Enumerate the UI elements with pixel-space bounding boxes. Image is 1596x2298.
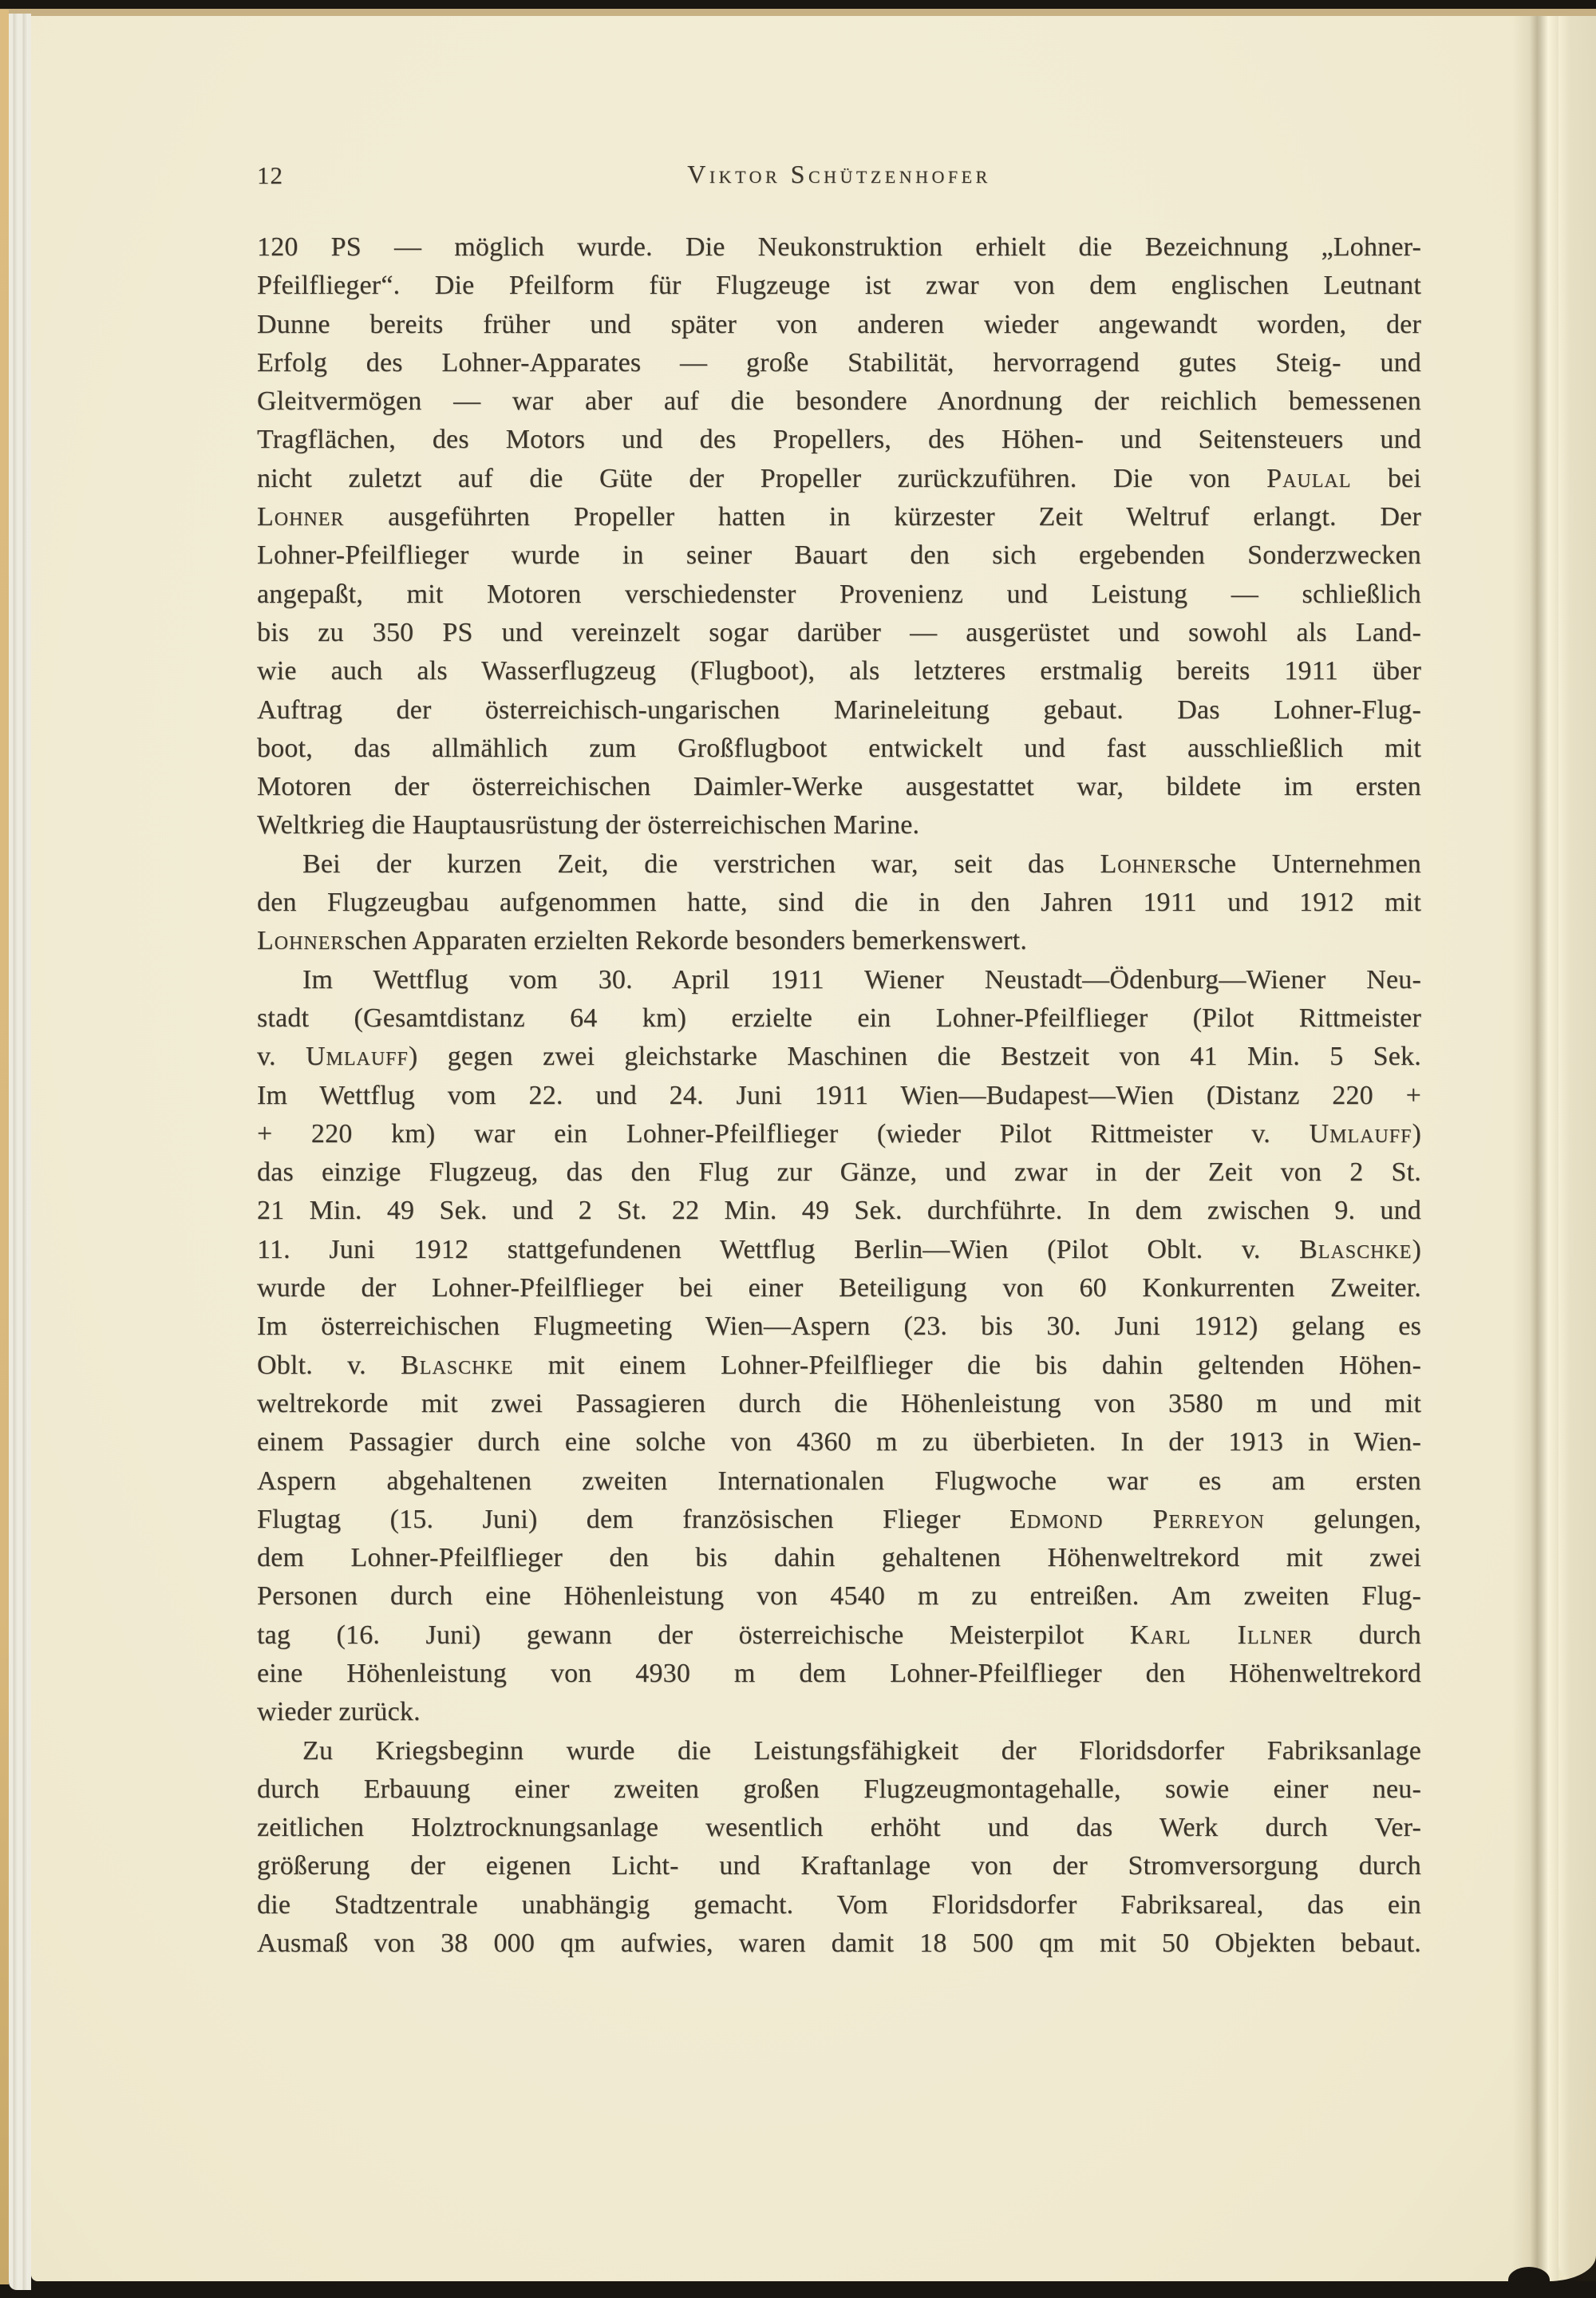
page-gutter-shadow — [1512, 16, 1558, 2281]
text-line: größerung der eigenen Licht- und Kraftan… — [257, 1847, 1421, 1885]
text-segment: die Stadtzentrale unabhängig gemacht. Vo… — [257, 1890, 1421, 1920]
text-segment: größerung der eigenen Licht- und Kraftan… — [257, 1851, 1421, 1881]
text-line: Personen durch eine Höhenleistung von 45… — [257, 1577, 1421, 1616]
stacked-page-edges — [9, 14, 31, 2290]
text-segment: bis zu 350 PS und vereinzelt sogar darüb… — [257, 618, 1421, 647]
text-line: Pfeilflieger“. Die Pfeilform für Flugzeu… — [257, 267, 1421, 305]
text-segment: Zu Kriegsbeginn wurde die Leistungsfähig… — [302, 1736, 1421, 1766]
text-segment: 120 PS — möglich wurde. Die Neukonstrukt… — [257, 232, 1421, 262]
text-line: 11. Juni 1912 stattgefundenen Wettflug B… — [257, 1231, 1421, 1269]
text-segment: Ausmaß von 38 000 qm aufwies, waren dami… — [257, 1928, 1421, 1958]
text-segment: ) — [1412, 1235, 1421, 1264]
text-segment: wieder zurück. — [257, 1697, 421, 1726]
running-header: Viktor Schützenhofer — [257, 160, 1421, 189]
text-segment: v. — [257, 1042, 306, 1071]
small-caps-name: Karl Illner — [1130, 1620, 1313, 1650]
text-segment: Personen durch eine Höhenleistung von 45… — [257, 1581, 1421, 1611]
text-line: einem Passagier durch eine solche von 43… — [257, 1423, 1421, 1461]
text-line: Im Wettflug vom 22. und 24. Juni 1911 Wi… — [257, 1077, 1421, 1115]
text-line: Weltkrieg die Hauptausrüstung der österr… — [257, 806, 1421, 844]
text-segment: Flugtag (15. Juni) dem französischen Fli… — [257, 1505, 1009, 1534]
small-caps-name: Umlauff — [306, 1042, 409, 1071]
text-segment: Erfolg des Lohner-Apparates — große Stab… — [257, 348, 1421, 378]
text-line: Im österreichischen Flugmeeting Wien—Asp… — [257, 1307, 1421, 1346]
text-line: 21 Min. 49 Sek. und 2 St. 22 Min. 49 Sek… — [257, 1192, 1421, 1230]
text-line: stadt (Gesamtdistanz 64 km) erzielte ein… — [257, 999, 1421, 1038]
text-line: Lohner-Pfeilflieger wurde in seiner Baua… — [257, 536, 1421, 575]
text-line: den Flugzeugbau aufgenommen hatte, sind … — [257, 884, 1421, 922]
book-page: 12 Viktor Schützenhofer 120 PS — möglich… — [31, 16, 1596, 2281]
small-caps-name: Edmond Perreyon — [1009, 1505, 1265, 1534]
text-line: Aspern abgehaltenen zweiten Internationa… — [257, 1462, 1421, 1501]
text-line: bis zu 350 PS und vereinzelt sogar darüb… — [257, 614, 1421, 652]
text-segment: Pfeilflieger“. Die Pfeilform für Flugzeu… — [257, 271, 1421, 300]
text-segment: stadt (Gesamtdistanz 64 km) erzielte ein… — [257, 1003, 1421, 1033]
text-line: Oblt. v. Blaschke mit einem Lohner-Pfeil… — [257, 1347, 1421, 1385]
text-line: tag (16. Juni) gewann der österreichisch… — [257, 1616, 1421, 1655]
text-segment: Im österreichischen Flugmeeting Wien—Asp… — [257, 1311, 1421, 1341]
text-line: Bei der kurzen Zeit, die verstrichen war… — [257, 845, 1421, 884]
text-segment: tag (16. Juni) gewann der österreichisch… — [257, 1620, 1130, 1650]
text-segment: Oblt. v. — [257, 1351, 401, 1380]
text-segment: den Flugzeugbau aufgenommen hatte, sind … — [257, 888, 1421, 917]
text-line: wie auch als Wasserflugzeug (Flugboot), … — [257, 652, 1421, 690]
text-line: Motoren der österreichischen Daimler-Wer… — [257, 768, 1421, 806]
text-segment: Weltkrieg die Hauptausrüstung der österr… — [257, 810, 919, 840]
text-line: nicht zuletzt auf die Güte der Propeller… — [257, 460, 1421, 498]
text-segment: eine Höhenleistung von 4930 m dem Lohner… — [257, 1659, 1421, 1688]
body-text: 120 PS — möglich wurde. Die Neukonstrukt… — [257, 228, 1421, 1963]
text-line: die Stadtzentrale unabhängig gemacht. Vo… — [257, 1886, 1421, 1924]
text-line: wurde der Lohner-Pfeilflieger bei einer … — [257, 1269, 1421, 1307]
book-cover-left-edge — [0, 10, 9, 2284]
text-line: Dunne bereits früher und später von ande… — [257, 306, 1421, 344]
text-line: weltrekorde mit zwei Passagieren durch d… — [257, 1385, 1421, 1423]
text-segment: einem Passagier durch eine solche von 43… — [257, 1427, 1421, 1457]
text-segment: bei — [1351, 464, 1421, 493]
text-segment: wie auch als Wasserflugzeug (Flugboot), … — [257, 656, 1421, 686]
small-caps-name: Blaschke — [401, 1351, 513, 1380]
text-line: Zu Kriegsbeginn wurde die Leistungsfähig… — [257, 1732, 1421, 1770]
text-segment: ) — [1412, 1119, 1421, 1149]
text-line: Lohnerschen Apparaten erzielten Rekorde … — [257, 922, 1421, 960]
text-line: dem Lohner-Pfeilflieger den bis dahin ge… — [257, 1539, 1421, 1577]
text-line: Gleitvermögen — war aber auf die besonde… — [257, 382, 1421, 421]
text-line: 120 PS — möglich wurde. Die Neukonstrukt… — [257, 228, 1421, 267]
text-segment: 11. Juni 1912 stattgefundenen Wettflug B… — [257, 1235, 1299, 1264]
text-segment: Bei der kurzen Zeit, die verstrichen war… — [302, 849, 1100, 879]
text-line: Flugtag (15. Juni) dem französischen Fli… — [257, 1501, 1421, 1539]
small-caps-name: Paulal — [1266, 464, 1351, 493]
text-segment: Auftrag der österreichisch-ungarischen M… — [257, 695, 1421, 725]
text-segment: ) gegen zwei gleichstarke Maschinen die … — [409, 1042, 1421, 1071]
text-segment: boot, das allmählich zum Großflugboot en… — [257, 734, 1421, 763]
small-caps-name: Blaschke — [1299, 1235, 1412, 1264]
text-segment: Gleitvermögen — war aber auf die besonde… — [257, 386, 1421, 416]
text-line: Erfolg des Lohner-Apparates — große Stab… — [257, 344, 1421, 382]
text-line: durch Erbauung einer zweiten großen Flug… — [257, 1770, 1421, 1809]
text-segment: weltrekorde mit zwei Passagieren durch d… — [257, 1389, 1421, 1418]
text-line: Auftrag der österreichisch-ungarischen M… — [257, 691, 1421, 730]
adjacent-page-edge — [1558, 16, 1596, 2281]
text-segment: Tragflächen, des Motors und des Propelle… — [257, 425, 1421, 454]
small-caps-name: Umlauff — [1310, 1119, 1412, 1149]
small-caps-name: Lohner — [257, 502, 344, 532]
text-segment: Im Wettflug vom 22. und 24. Juni 1911 Wi… — [257, 1081, 1421, 1110]
text-line: wieder zurück. — [257, 1693, 1421, 1731]
text-segment: durch — [1313, 1620, 1421, 1650]
text-line: boot, das allmählich zum Großflugboot en… — [257, 730, 1421, 768]
text-segment: mit einem Lohner-Pfeilflieger die bis da… — [513, 1351, 1421, 1380]
text-segment: zeitlichen Holztrocknungsanlage wesentli… — [257, 1813, 1421, 1842]
text-segment: Lohner-Pfeilflieger wurde in seiner Baua… — [257, 540, 1421, 570]
text-segment: schen Apparaten erzielten Rekorde besond… — [344, 926, 1027, 955]
text-segment: Motoren der österreichischen Daimler-Wer… — [257, 772, 1421, 801]
text-segment: ausgeführten Propeller hatten in kürzest… — [344, 502, 1421, 532]
small-caps-name: Lohner — [1100, 849, 1187, 879]
text-segment: wurde der Lohner-Pfeilflieger bei einer … — [257, 1273, 1421, 1303]
text-segment: 21 Min. 49 Sek. und 2 St. 22 Min. 49 Sek… — [257, 1196, 1421, 1225]
text-line: v. Umlauff) gegen zwei gleichstarke Masc… — [257, 1038, 1421, 1076]
text-line: Im Wettflug vom 30. April 1911 Wiener Ne… — [257, 961, 1421, 999]
text-line: angepaßt, mit Motoren verschiedenster Pr… — [257, 575, 1421, 614]
text-line: Ausmaß von 38 000 qm aufwies, waren dami… — [257, 1924, 1421, 1963]
text-segment: dem Lohner-Pfeilflieger den bis dahin ge… — [257, 1543, 1421, 1572]
text-line: + 220 km) war ein Lohner-Pfeilflieger (w… — [257, 1115, 1421, 1153]
text-segment: gelungen, — [1265, 1505, 1421, 1534]
text-segment: Aspern abgehaltenen zweiten Internationa… — [257, 1466, 1421, 1496]
text-line: zeitlichen Holztrocknungsanlage wesentli… — [257, 1809, 1421, 1847]
text-line: Tragflächen, des Motors und des Propelle… — [257, 421, 1421, 459]
page-header: 12 Viktor Schützenhofer — [257, 160, 1421, 195]
text-segment: Im Wettflug vom 30. April 1911 Wiener Ne… — [302, 965, 1421, 995]
text-segment: durch Erbauung einer zweiten großen Flug… — [257, 1774, 1421, 1804]
text-line: das einzige Flugzeug, das den Flug zur G… — [257, 1153, 1421, 1192]
small-caps-name: Lohner — [257, 926, 344, 955]
text-line: Lohner ausgeführten Propeller hatten in … — [257, 498, 1421, 536]
text-segment: angepaßt, mit Motoren verschiedenster Pr… — [257, 579, 1421, 609]
text-line: eine Höhenleistung von 4930 m dem Lohner… — [257, 1655, 1421, 1693]
text-segment: nicht zuletzt auf die Güte der Propeller… — [257, 464, 1266, 493]
text-segment: Dunne bereits früher und später von ande… — [257, 310, 1421, 339]
text-segment: + 220 km) war ein Lohner-Pfeilflieger (w… — [257, 1119, 1310, 1149]
scan-background: 12 Viktor Schützenhofer 120 PS — möglich… — [0, 0, 1596, 2298]
text-segment: das einzige Flugzeug, das den Flug zur G… — [257, 1157, 1421, 1187]
text-segment: sche Unternehmen — [1187, 849, 1421, 879]
